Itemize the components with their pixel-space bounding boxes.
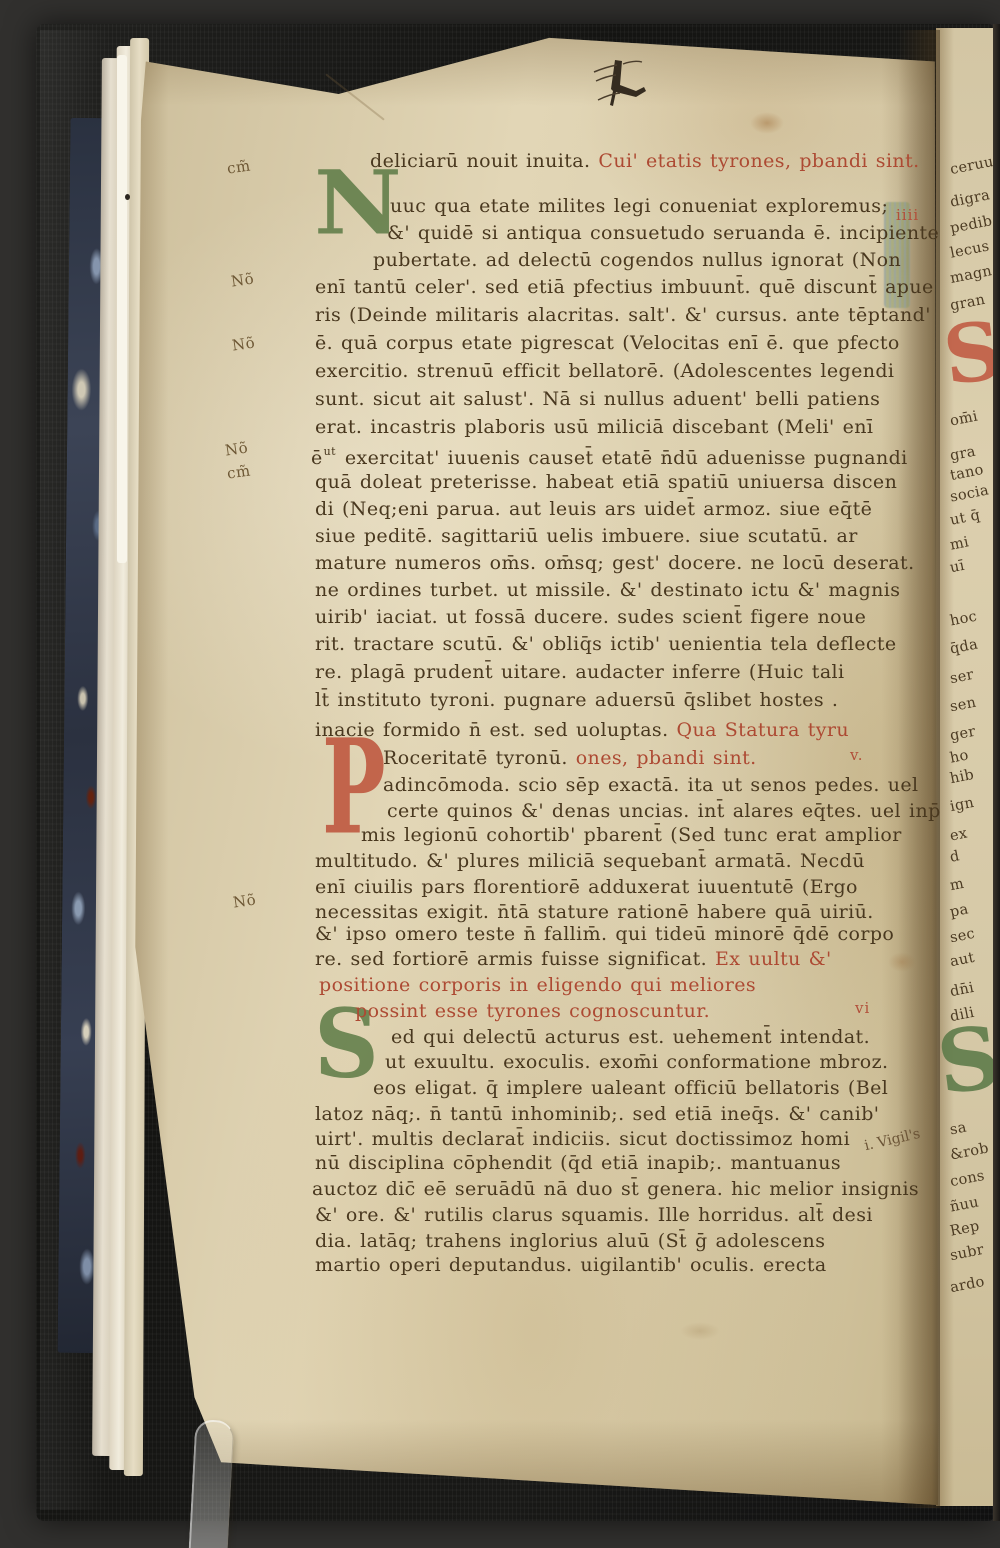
text-line: sunt. sicut ait salust'. Nā si nullus ad… [315, 390, 880, 409]
body-text: pubertate. ad delectū cogendos nullus ig… [373, 249, 901, 271]
chapter-number: vi [855, 999, 870, 1017]
text-line: mature numeros om̄s. om̄sq; gest' docere… [315, 554, 915, 573]
text-line: di (Neq;eni parua. aut leuis ars uidet̄ … [315, 500, 872, 519]
body-text: &' ipso omero teste n̄ fallim̄. qui tide… [315, 923, 894, 945]
text-line: Roceritatē tyronū. ones, pbandi sint. [383, 749, 757, 768]
facing-page-fragment: om̄i [949, 408, 980, 429]
text-line: eos eligat. q̄ implere ualeant officiū b… [373, 1079, 888, 1098]
body-text: nū disciplina cōphendit (q̄d etiā inapib… [315, 1152, 841, 1174]
text-line: deliciarū nouit inuita. Cui' etatis tyro… [370, 152, 920, 171]
rubric-text: Cui' etatis tyrones, pbandi sint. [590, 150, 919, 172]
facing-page-fragment: pedib [949, 213, 994, 237]
body-text: latoz nāq;. n̄ tantū inhominib;. sed eti… [315, 1103, 879, 1125]
body-text: deliciarū nouit inuita. [370, 150, 590, 172]
facing-page-edge: ceruudigrapediblecusmagngranom̄igratanos… [936, 28, 996, 1506]
body-text: sunt. sicut ait salust'. Nā si nullus ad… [315, 388, 880, 410]
text-line: uuc qua etate milites legi conueniat exp… [390, 197, 888, 216]
text-line: certe quinos &' denas uncias. int̄ alare… [387, 802, 941, 821]
facing-page-fragment: uī [949, 558, 966, 576]
rubric-text: Ex uultu &' [715, 948, 832, 970]
facing-page-fragment: ign [949, 795, 976, 815]
body-text: re. sed fortiorē armis fuisse significat… [315, 948, 715, 970]
text-line: exercitio. strenuū efficit bellatorē. (A… [315, 362, 894, 381]
facing-page-fragment: d [949, 848, 961, 866]
facing-page-fragment: aut [949, 950, 976, 970]
facing-page-fragment: subr [949, 1242, 986, 1264]
text-line: pubertate. ad delectū cogendos nullus ig… [373, 251, 901, 270]
text-line: necessitas exigit. n̄tā stature rationē … [315, 903, 874, 922]
text-line: uirt'. multis declarat̄ indiciis. sicut … [315, 1130, 850, 1149]
text-line: positione corporis in eligendo qui melio… [319, 976, 756, 995]
body-text: &' quidē si antiqua consuetudo seruanda … [387, 222, 939, 244]
text-line: ut exuultu. exoculis. exom̄i conformatio… [385, 1053, 889, 1072]
body-text: re. plagā prudent̄ uitare. audacter infe… [315, 661, 845, 683]
body-text: ris (Deinde militaris alacritas. salt'. … [315, 304, 931, 326]
body-text: lt̄ instituto tyroni. pugnare aduersū q̄… [315, 689, 838, 711]
facing-page-fragment: ser [949, 667, 975, 687]
text-line: erat. incastris plaboris usū miliciā dis… [315, 418, 873, 437]
body-text: ē. quā corpus etate pigrescat (Velocitas… [315, 332, 900, 354]
body-text: ut [324, 445, 336, 458]
body-text: certe quinos &' denas uncias. int̄ alare… [387, 800, 941, 822]
body-text: exercitat' iuuenis causet̄ etatē n̄dū ad… [337, 447, 908, 469]
nota-mark: cm̃ [226, 461, 252, 482]
text-line: ē. quā corpus etate pigrescat (Velocitas… [315, 334, 900, 353]
facing-initial-green-s: S [936, 1015, 996, 1108]
facing-page-fragment: ex [949, 825, 969, 844]
facing-page-fragment: lecus [949, 238, 991, 261]
body-text: enī tantū celer'. sed etiā pfectius imbu… [315, 276, 934, 298]
facing-page-fragment: digra [949, 187, 992, 210]
facing-page-fragment: gra [949, 444, 977, 465]
facing-page-fragment: ger [949, 724, 977, 745]
facing-page-fragment: ceruu [949, 154, 995, 178]
page-stack-edge-highlight [117, 55, 127, 563]
facing-page-fragment: ardo [949, 1274, 986, 1296]
body-text: ed qui delectū acturus est. uehement̄ in… [391, 1026, 870, 1048]
text-line: &' ore. &' rutilis clarus squamis. Ille … [315, 1206, 873, 1225]
text-line: mis legionū cohortib' pbarent̄ (Sed tunc… [361, 826, 902, 845]
nota-mark: Nõ [232, 890, 257, 911]
ink-dot [125, 194, 130, 200]
text-line: re. sed fortiorē armis fuisse significat… [315, 950, 832, 969]
body-text: martio operi deputandus. uigilantib' ocu… [315, 1254, 827, 1276]
body-text: &' ore. &' rutilis clarus squamis. Ille … [315, 1204, 873, 1226]
facing-page-fragment: mi [949, 534, 971, 553]
text-line: inacie formido n̄ est. sed uoluptas. Qua… [315, 721, 849, 740]
facing-initial-red-s: S [939, 310, 996, 396]
body-text: uirt'. multis declarat̄ indiciis. sicut … [315, 1128, 850, 1150]
rubric-text: positione corporis in eligendo qui melio… [319, 974, 756, 996]
book-spine-shadow [993, 24, 1000, 1521]
text-line: uirib' iaciat. ut fossā ducere. sudes sc… [315, 608, 866, 627]
text-line: siue peditē. sagittariū uelis imbuere. s… [315, 527, 858, 546]
body-text: exercitio. strenuū efficit bellatorē. (A… [315, 360, 894, 382]
body-text: ne ordines turbet. ut missile. &' destin… [315, 579, 900, 601]
body-text: mis legionū cohortib' pbarent̄ (Sed tunc… [361, 824, 902, 846]
text-line: &' ipso omero teste n̄ fallim̄. qui tide… [315, 925, 894, 944]
body-text: uirib' iaciat. ut fossā ducere. sudes sc… [315, 606, 866, 628]
facing-page-fragment: tano [949, 462, 985, 484]
body-text: inacie formido n̄ est. sed uoluptas. [315, 719, 676, 741]
facing-page-fragment: sen [949, 695, 978, 716]
facing-page-fragment: pa [949, 901, 970, 920]
page-holder-tab [189, 1419, 235, 1548]
text-line: enī ciuilis pars florentiorē adduxerat i… [315, 878, 858, 897]
body-text: ē [311, 447, 323, 469]
rubric-text: Qua Statura tyru [676, 719, 849, 741]
rubric-text: ones, pbandi sint. [576, 747, 757, 769]
body-text: auctoz dic̄ eē seruādū nā duo st̄ genera… [312, 1178, 919, 1200]
body-text: adincōmoda. scio sēp exactā. ita ut seno… [383, 774, 918, 796]
manuscript-photo: { "colors": { "backdrop": "#31302e", "co… [0, 0, 1000, 1548]
text-line: martio operi deputandus. uigilantib' ocu… [315, 1256, 827, 1275]
text-line: ris (Deinde militaris alacritas. salt'. … [315, 306, 931, 325]
facing-page-fragment: hib [949, 767, 976, 787]
facing-page-fragment: sec [949, 926, 977, 946]
text-line: enī tantū celer'. sed etiā pfectius imbu… [315, 278, 934, 297]
body-text: quā doleat preterisse. habeat etiā spati… [315, 471, 897, 493]
facing-page-fragment: socia [949, 482, 990, 505]
text-line: ēut exercitat' iuuenis causet̄ etatē n̄d… [311, 446, 908, 468]
facing-page-fragment: hoc [949, 609, 979, 630]
text-line: ne ordines turbet. ut missile. &' destin… [315, 581, 900, 600]
body-text: necessitas exigit. n̄tā stature rationē … [315, 901, 874, 923]
body-text: Roceritatē tyronū. [383, 747, 576, 769]
chapter-number: v. [850, 746, 863, 764]
facing-page-fragment: Rep [949, 1218, 981, 1239]
facing-page-fragment: ñuu [949, 1194, 980, 1215]
text-line: quā doleat preterisse. habeat etiā spati… [315, 473, 897, 492]
body-text: di (Neq;eni parua. aut leuis ars uidet̄ … [315, 498, 872, 520]
body-text: enī ciuilis pars florentiorē adduxerat i… [315, 876, 858, 898]
body-text: eos eligat. q̄ implere ualeant officiū b… [373, 1077, 888, 1099]
chapter-number: iiii [896, 206, 919, 224]
body-text: multitudo. &' plures miliciā sequebant̄ … [315, 850, 865, 872]
nota-mark: Nõ [231, 333, 256, 354]
text-line: ed qui delectū acturus est. uehement̄ in… [391, 1028, 870, 1047]
nota-mark: cm̃ [226, 156, 252, 177]
facing-page-fragment: &rob [949, 1140, 990, 1163]
facing-page-fragment: sa [949, 1120, 968, 1139]
text-line: latoz nāq;. n̄ tantū inhominib;. sed eti… [315, 1105, 879, 1124]
text-line: multitudo. &' plures miliciā sequebant̄ … [315, 852, 865, 871]
text-line: lt̄ instituto tyroni. pugnare aduersū q̄… [315, 691, 838, 710]
text-line: re. plagā prudent̄ uitare. audacter infe… [315, 663, 845, 682]
text-line: &' quidē si antiqua consuetudo seruanda … [387, 224, 939, 243]
facing-page-fragment: m [949, 876, 966, 894]
text-line: adincōmoda. scio sēp exactā. ita ut seno… [383, 776, 918, 795]
facing-page-fragment: q̄da [949, 636, 980, 657]
facing-page-fragment: magn [949, 263, 993, 287]
text-line: nū disciplina cōphendit (q̄d etiā inapib… [315, 1154, 841, 1173]
text-line: rit. tractare scutū. &' obliq̄s ictib' u… [315, 635, 897, 654]
body-text: siue peditē. sagittariū uelis imbuere. s… [315, 525, 858, 547]
facing-page-fragment: ho [949, 747, 970, 766]
text-line: possint esse tyrones cognoscuntur. [355, 1002, 710, 1021]
body-text: mature numeros om̄s. om̄sq; gest' docere… [315, 552, 915, 574]
text-line: dia. latāq; trahens inglorius aluū (St̄ … [315, 1232, 825, 1251]
body-text: rit. tractare scutū. &' obliq̄s ictib' u… [315, 633, 897, 655]
nota-mark: Nõ [230, 269, 255, 290]
facing-page-fragment: cons [949, 1168, 986, 1190]
facing-page-fragment: ut q̄ [949, 507, 982, 528]
nota-mark: Nõ [224, 438, 249, 459]
body-text: dia. latāq; trahens inglorius aluū (St̄ … [315, 1230, 825, 1252]
quire-mark-icon [590, 56, 646, 108]
facing-page-fragment: dn̄i [949, 980, 976, 1000]
body-text: uuc qua etate milites legi conueniat exp… [390, 195, 888, 217]
body-text: erat. incastris plaboris usū miliciā dis… [315, 416, 873, 438]
text-line: auctoz dic̄ eē seruādū nā duo st̄ genera… [312, 1180, 919, 1199]
body-text: ut exuultu. exoculis. exom̄i conformatio… [385, 1051, 889, 1073]
rubric-text: possint esse tyrones cognoscuntur. [355, 1000, 710, 1022]
